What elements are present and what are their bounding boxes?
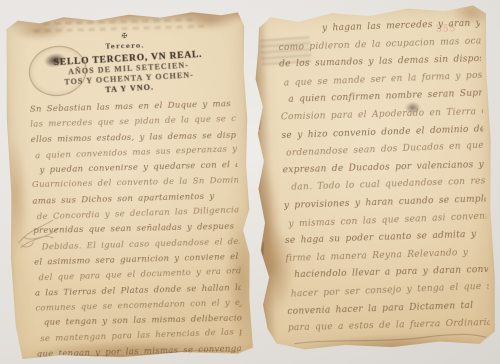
edge-pen-mark <box>262 242 270 255</box>
right-manuscript-page: 355 y hagan las mercedes y aran y otros … <box>251 3 498 353</box>
margin-rubric-flourish <box>15 210 62 255</box>
handwritten-text-block: y hagan las mercedes y aran y otros tant… <box>278 15 490 338</box>
edge-pen-mark <box>259 116 267 129</box>
top-edge-stain <box>3 7 245 29</box>
tax-stamp-block: SELLO TERCERO, VN REAL.AÑOS DE MIL SETEC… <box>38 49 220 99</box>
manuscript-photo: ✠ Tercero. SELLO TERCERO, VN REAL.AÑOS D… <box>0 0 500 364</box>
handwritten-text-block: Sn Sebastian las mas en el Duque y mas s… <box>30 97 243 363</box>
left-manuscript-page: ✠ Tercero. SELLO TERCERO, VN REAL.AÑOS D… <box>3 9 255 362</box>
